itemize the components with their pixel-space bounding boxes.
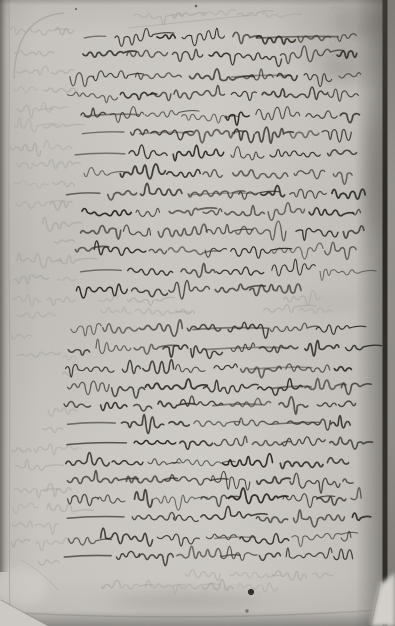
bottom-edge-shadow: [0, 611, 395, 626]
handwriting-layer: [0, 0, 395, 626]
adjacent-page-strip: [388, 0, 395, 626]
right-edge-shadow: [356, 0, 383, 626]
ink-spot-3: [195, 5, 198, 8]
stain-bottom: [115, 592, 255, 610]
page-edge-dark-line: [383, 0, 388, 626]
top-edge-shadow: [0, 0, 395, 5]
binding-shadow-left: [0, 0, 9, 572]
ink-spot-4: [75, 8, 77, 10]
manuscript-scan: [0, 0, 395, 626]
ink-spot-1: [248, 589, 254, 595]
